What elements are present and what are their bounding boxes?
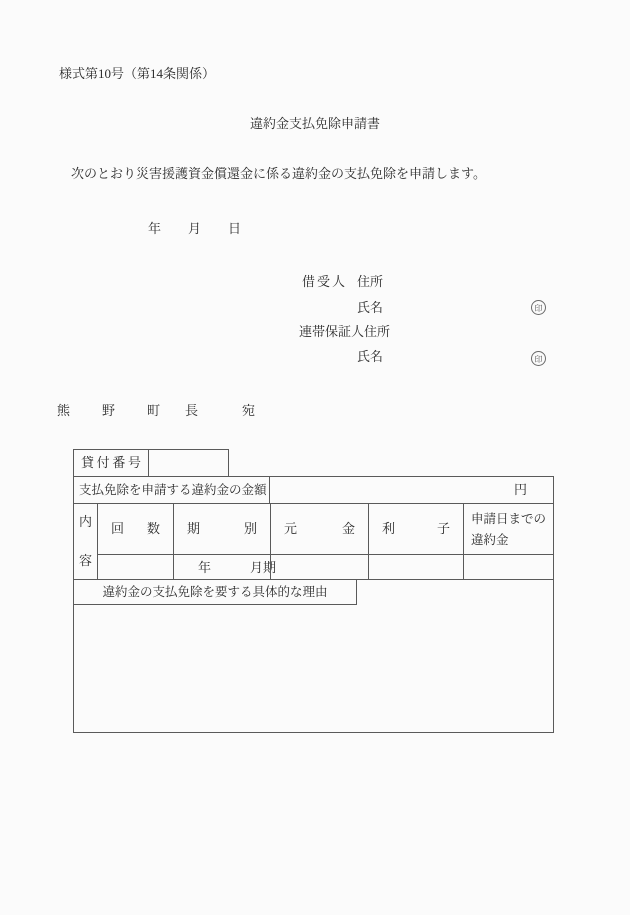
recipient-suffix: 宛 — [242, 403, 255, 418]
borrower-label: 借受人 — [302, 274, 347, 289]
date-month-label: 月 — [188, 221, 201, 236]
form-number: 様式第10号（第14条関係） — [59, 66, 215, 81]
row-principal-cell — [270, 554, 369, 580]
header-penalty-line2: 違約金 — [471, 530, 553, 551]
recipient-char-1: 熊 — [57, 403, 70, 418]
application-table: 貸付番号 支払免除を申請する違約金の金額 円 内 容 回 数 期 別 元 金 利… — [0, 0, 630, 26]
borrower-name-label: 氏名 — [357, 300, 383, 315]
recipient-char-2: 野 — [102, 403, 115, 418]
content-char-1: 内 — [79, 509, 92, 535]
row-period-cell: 年 月期 — [173, 554, 271, 580]
header-principal-cell: 元 金 — [270, 503, 369, 555]
guarantor-name-label: 氏名 — [357, 349, 383, 364]
reason-label-cell: 違約金の支払免除を要する具体的な理由 — [73, 579, 357, 605]
row-penalty-cell — [463, 554, 554, 580]
row-interest-cell — [368, 554, 464, 580]
content-label-cell: 内 容 — [73, 503, 98, 580]
recipient-char-4: 長 — [185, 403, 198, 418]
header-period-cell: 期 別 — [173, 503, 271, 555]
date-year-label: 年 — [148, 221, 161, 236]
recipient-char-3: 町 — [147, 403, 160, 418]
amount-label-cell: 支払免除を申請する違約金の金額 — [73, 476, 270, 504]
guarantor-seal-icon: 印 — [531, 351, 546, 366]
seal-glyph: 印 — [535, 304, 543, 313]
row-installments-cell — [97, 554, 174, 580]
guarantor-address-label: 連帯保証人住所 — [299, 324, 390, 339]
header-penalty-cell: 申請日までの 違約金 — [463, 503, 554, 555]
amount-value-cell: 円 — [269, 476, 554, 504]
header-installments-cell: 回 数 — [97, 503, 174, 555]
date-day-label: 日 — [228, 221, 241, 236]
borrower-address-label: 住所 — [357, 274, 383, 289]
loan-number-value-cell — [148, 449, 229, 477]
application-form-page: 様式第10号（第14条関係） 違約金支払免除申請書 次のとおり災害援護資金償還金… — [0, 0, 630, 915]
borrower-seal-icon: 印 — [531, 300, 546, 315]
header-penalty-line1: 申請日までの — [471, 509, 553, 530]
document-title: 違約金支払免除申請書 — [0, 116, 630, 131]
header-interest-cell: 利 子 — [368, 503, 464, 555]
loan-number-label-cell: 貸付番号 — [73, 449, 149, 477]
seal-glyph: 印 — [535, 355, 543, 364]
intro-sentence: 次のとおり災害援護資金償還金に係る違約金の支払免除を申請します。 — [71, 166, 486, 181]
period-year-label: 年 — [198, 560, 211, 575]
content-char-2: 容 — [79, 548, 92, 574]
